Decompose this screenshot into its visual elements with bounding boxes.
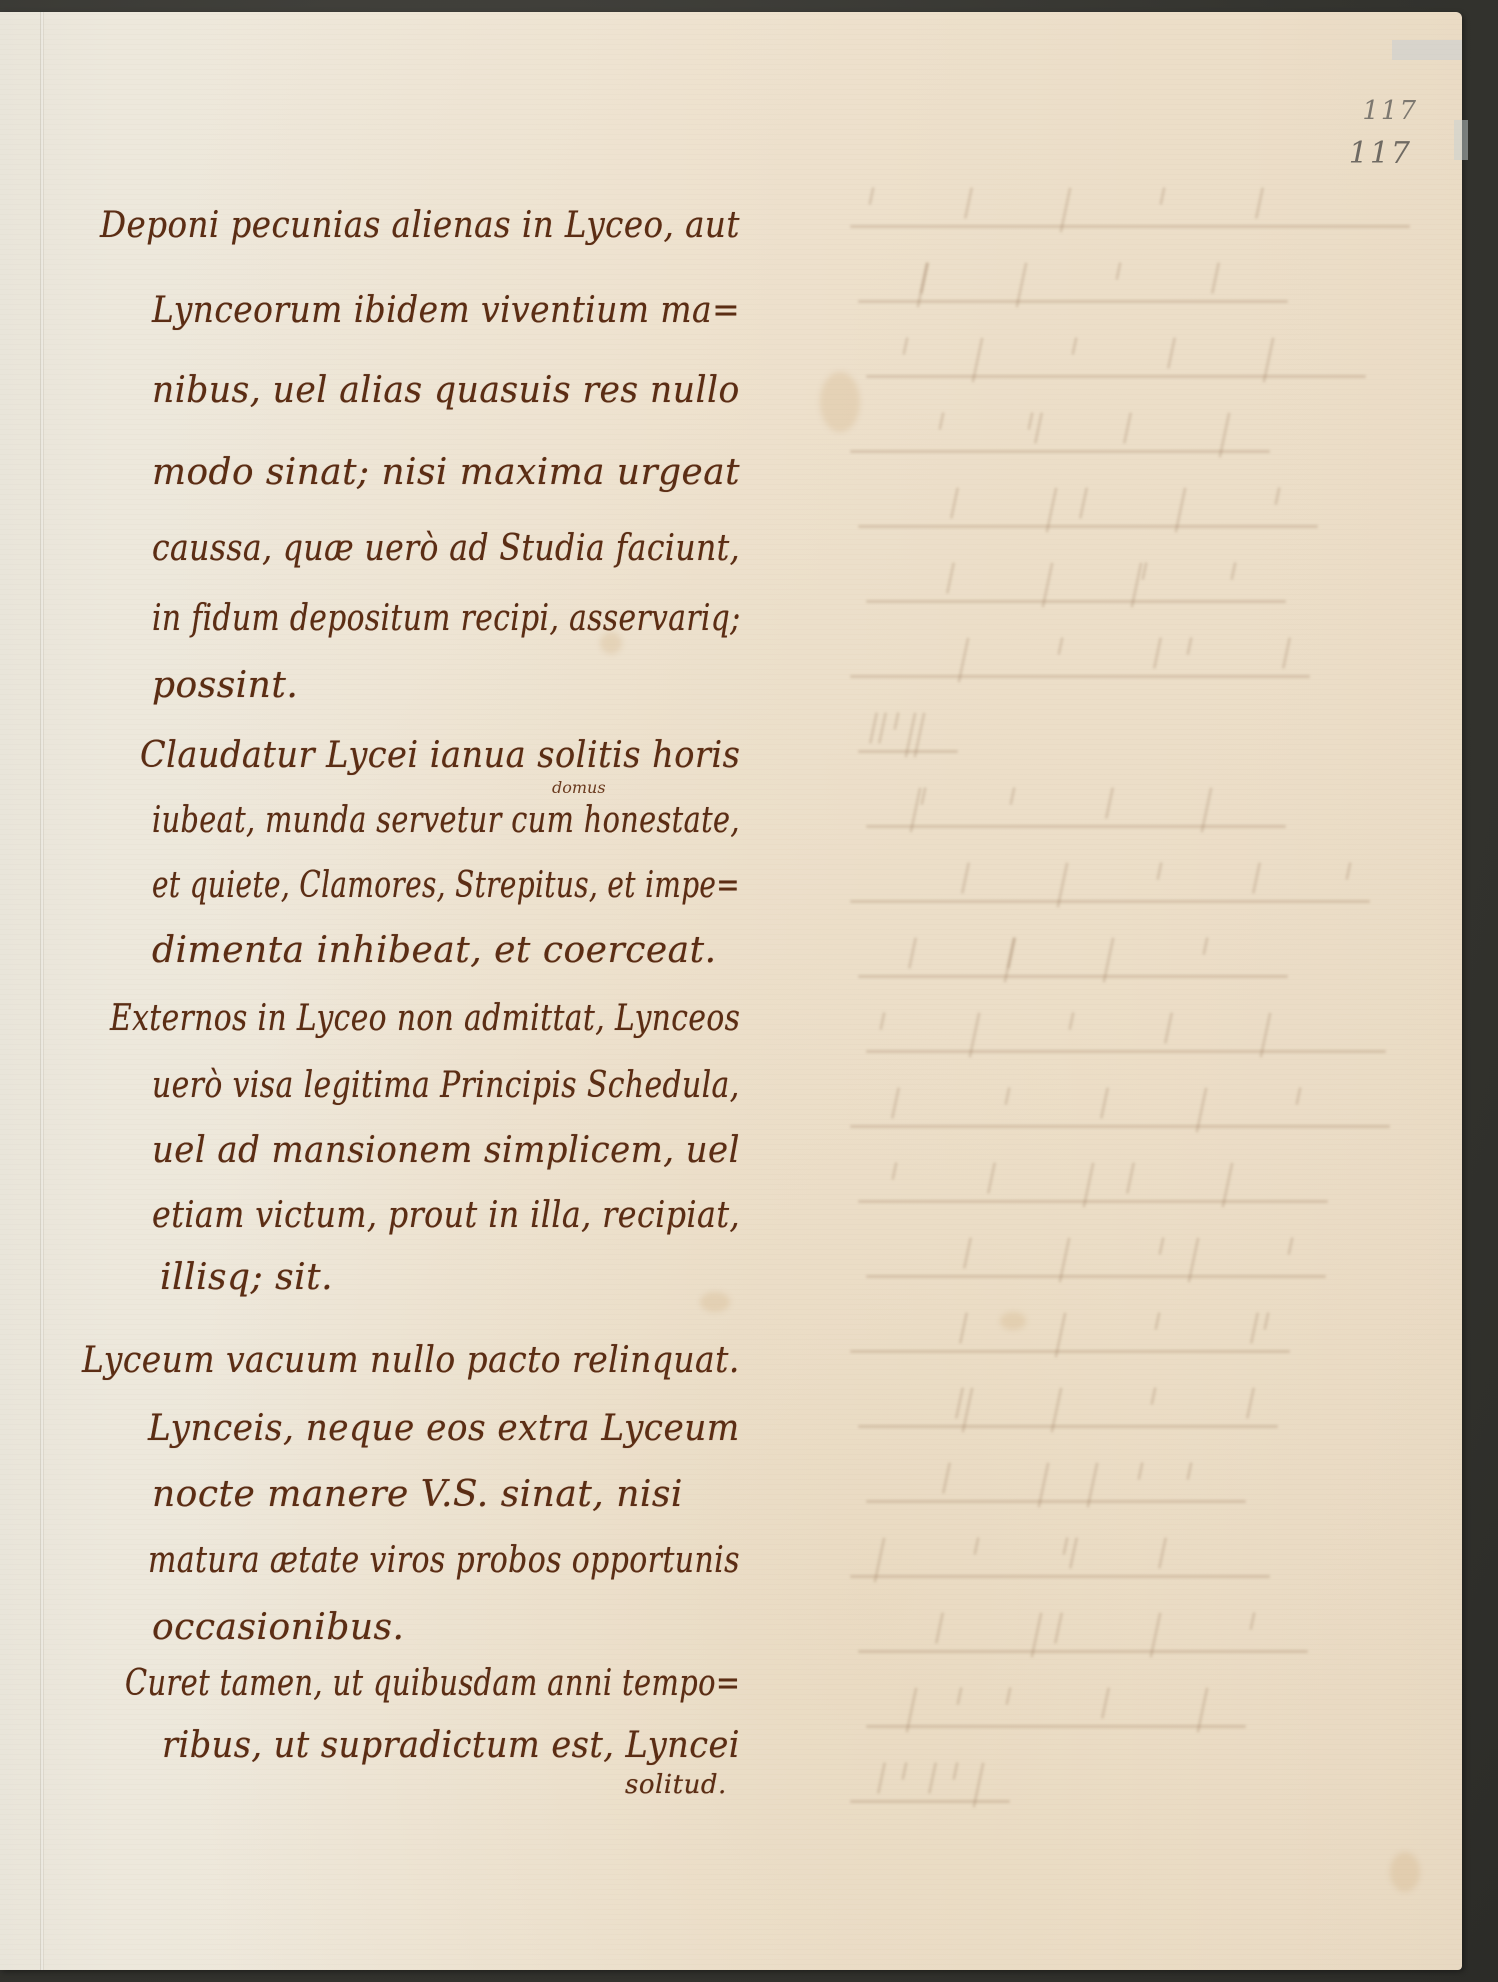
folio-number-secondary: 117 bbox=[1349, 136, 1412, 171]
text-line: uel ad mansionem simplicem, uel bbox=[152, 1130, 740, 1171]
text-line: etiam victum, prout in illa, recipiat, bbox=[152, 1195, 740, 1236]
foxing-stain bbox=[820, 372, 860, 432]
text-line: solitud. bbox=[625, 1770, 727, 1800]
text-line: in fidum depositum recipi, asservariq; bbox=[152, 598, 741, 639]
text-line: ribus, ut supradictum est, Lyncei bbox=[162, 1725, 740, 1766]
text-line: Deponi pecunias alienas in Lyceo, aut bbox=[100, 205, 740, 246]
text-line: Curet tamen, ut quibusdam anni tempo= bbox=[125, 1663, 740, 1704]
text-line: Lyceum vacuum nullo pacto relinquat. bbox=[82, 1340, 740, 1381]
folio-number: 117 bbox=[1362, 96, 1418, 126]
foxing-stain bbox=[700, 1292, 730, 1312]
text-line: nocte manere V.S. sinat, nisi bbox=[152, 1474, 683, 1515]
text-line: Lynceorum ibidem viventium ma= bbox=[152, 290, 740, 331]
repair-tape bbox=[1392, 40, 1462, 60]
text-line: possint. bbox=[152, 665, 298, 706]
foxing-stain bbox=[1390, 1852, 1420, 1892]
repair-tape bbox=[1454, 120, 1468, 160]
text-line: iubeat, munda servetur cum honestate, bbox=[152, 800, 740, 841]
text-line: dimenta inhibeat, et coerceat. bbox=[152, 930, 717, 971]
text-line: modo sinat; nisi maxima urgeat bbox=[152, 452, 740, 493]
text-line: Claudatur Lycei ianua solitis horis bbox=[140, 735, 740, 776]
binding-gutter bbox=[40, 12, 44, 1970]
text-line: caussa, quæ uerò ad Studia faciunt, bbox=[152, 528, 740, 569]
interlinear-insertion: domus bbox=[552, 778, 606, 797]
text-line: occasionibus. bbox=[152, 1607, 404, 1648]
text-line: matura ætate viros probos opportunis bbox=[148, 1540, 740, 1581]
text-line: uerò visa legitima Principis Schedula, bbox=[152, 1065, 740, 1106]
text-line: et quiete, Clamores, Strepitus, et impe= bbox=[152, 865, 740, 906]
text-line: nibus, uel alias quasuis res nullo bbox=[152, 370, 740, 411]
text-line: Externos in Lyceo non admittat, Lynceos bbox=[110, 998, 740, 1039]
foxing-stain bbox=[1000, 1312, 1026, 1330]
text-line: Lynceis, neque eos extra Lyceum bbox=[148, 1408, 740, 1449]
text-line: illisq; sit. bbox=[160, 1257, 333, 1298]
